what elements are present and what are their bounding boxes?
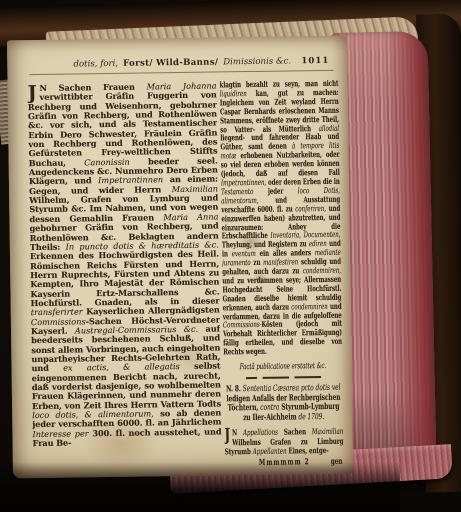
section-divider <box>224 376 343 379</box>
appeal-text: N Appellations Sachen Maximilian Wilhelm… <box>225 426 344 456</box>
judgment-text: klagtin bezahlt zu seyn, man nicht liqui… <box>220 80 343 358</box>
running-head-right: Dimissionis &c. <box>223 56 291 67</box>
running-head-title: Forst/ Wild-Banns/ <box>123 57 218 68</box>
left-column-text: N Sachen Frauen Maria Johanna verwittibt… <box>28 81 222 448</box>
publication-line: Factâ publicatione erstattet &c. <box>223 361 342 372</box>
right-text-column: klagtin bezahlt zu seyn, man nicht liqui… <box>220 80 344 472</box>
book-photo-scene: dotis, fori, Forst/ Wild-Banns/ Dimissio… <box>0 0 461 512</box>
dropcap-initial: J <box>28 84 40 101</box>
bottom-shadow <box>0 462 400 512</box>
running-head-left: dotis, fori, <box>73 59 118 70</box>
book-page: dotis, fori, Forst/ Wild-Banns/ Dimissio… <box>7 36 353 479</box>
section-heading: N. 8. Sententia Cæsarea pcto dotis vel l… <box>224 383 343 423</box>
appeal-paragraph: JN Appellations Sachen Maximilian Wilhel… <box>224 427 343 456</box>
left-text-column: JN Sachen Frauen Maria Johanna verwittib… <box>28 81 222 474</box>
page-number: 1011 <box>301 56 329 66</box>
